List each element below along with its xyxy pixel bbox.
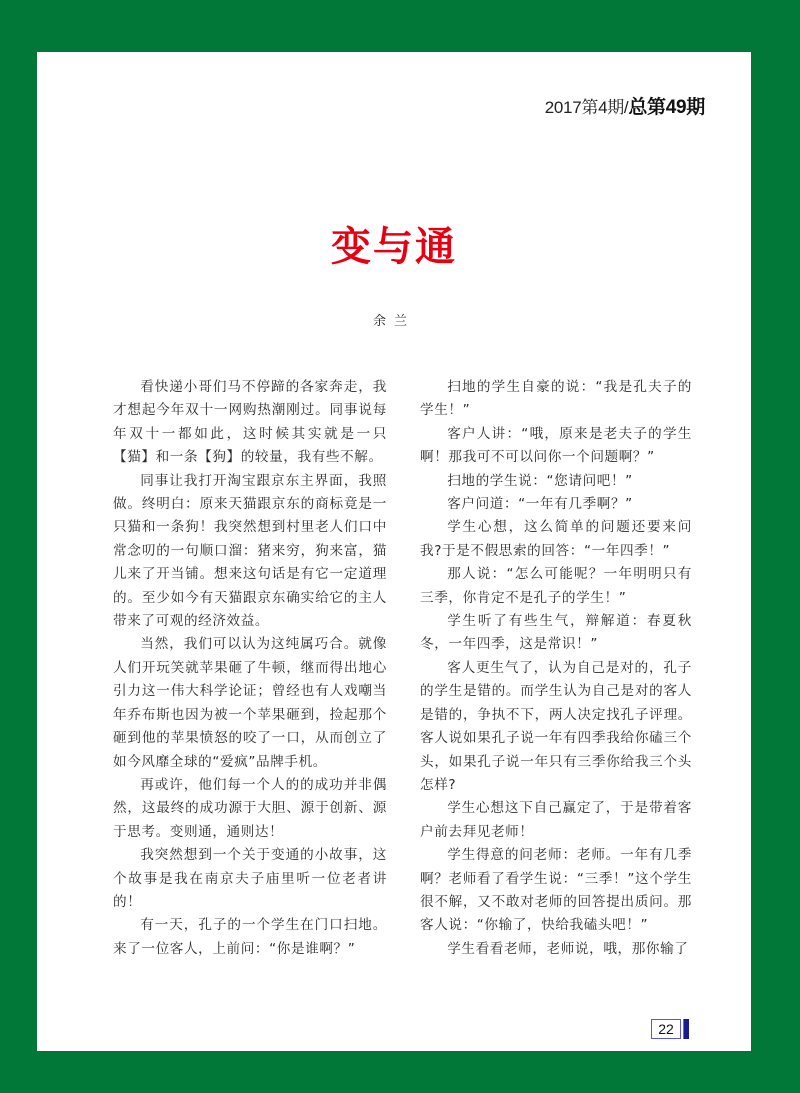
paragraph: 学生心想这下自己赢定了，于是带着客户前去拜见老师！ <box>420 797 692 844</box>
paragraph: 学生得意的问老师：老师。一年有几季啊？老师看了看学生说：“三季！”这个学生很不解… <box>420 844 692 938</box>
issue-number: 2017第4期/ <box>545 98 629 117</box>
paragraph: 学生看看老师，老师说，哦，那你输了 <box>420 938 692 961</box>
paragraph: 当然，我们可以认为这纯属巧合。就像人们开玩笑就苹果砸了牛顿，继而得出地心引力这一… <box>113 633 387 773</box>
paragraph: 学生听了有些生气，辩解道：春夏秋冬，一年四季，这是常识！” <box>420 610 692 657</box>
paragraph: 客人更生气了，认为自己是对的，孔子的学生是错的。而学生认为自己是对的客人是错的，… <box>420 657 692 797</box>
paragraph: 有一天，孔子的一个学生在门口扫地。来了一位客人，上前问：“你是谁啊？” <box>113 914 387 961</box>
article-author: 余兰 <box>37 310 751 329</box>
paragraph: 客户人讲：“哦，原来是老夫子的学生啊！那我可不可以问你一个问题啊？” <box>420 423 692 470</box>
article-title: 变与通 <box>37 215 751 272</box>
paragraph: 看快递小哥们马不停蹄的各家奔走，我才想起今年双十一网购热潮刚过。同事说每年双十一… <box>113 376 387 470</box>
issue-label: 2017第4期/总第49期 <box>545 92 705 119</box>
left-column: 看快递小哥们马不停蹄的各家奔走，我才想起今年双十一网购热潮刚过。同事说每年双十一… <box>113 376 387 961</box>
paragraph: 学生心想，这么简单的问题还要来问我?于是不假思索的回答：“一年四季！” <box>420 516 692 563</box>
issue-total: 总第49期 <box>628 97 705 118</box>
paragraph: 客户问道：“一年有几季啊？” <box>420 493 692 516</box>
page-number: 22 <box>651 1019 689 1039</box>
paragraph: 我突然想到一个关于变通的小故事，这个故事是我在南京夫子庙里听一位老者讲的！ <box>113 844 387 914</box>
paragraph: 同事让我打开淘宝跟京东主界面，我照做。终明白：原来天猫跟京东的商标竟是一只猫和一… <box>113 470 387 634</box>
paragraph: 扫地的学生说：“您请问吧！” <box>420 470 692 493</box>
magazine-page: 2017第4期/总第49期 变与通 余兰 看快递小哥们马不停蹄的各家奔走，我才想… <box>37 52 751 1051</box>
right-column: 扫地的学生自豪的说：“我是孔夫子的学生！” 客户人讲：“哦，原来是老夫子的学生啊… <box>420 376 692 961</box>
page-number-box: 22 <box>651 1019 681 1039</box>
paragraph: 扫地的学生自豪的说：“我是孔夫子的学生！” <box>420 376 692 423</box>
paragraph: 那人说：“怎么可能呢？一年明明只有三季，你肯定不是孔子的学生！” <box>420 563 692 610</box>
paragraph: 再或许，他们每一个人的的成功并非偶然，这最终的成功源于大胆、源于创新、源于思考。… <box>113 774 387 844</box>
page-number-bar-icon <box>683 1019 689 1039</box>
